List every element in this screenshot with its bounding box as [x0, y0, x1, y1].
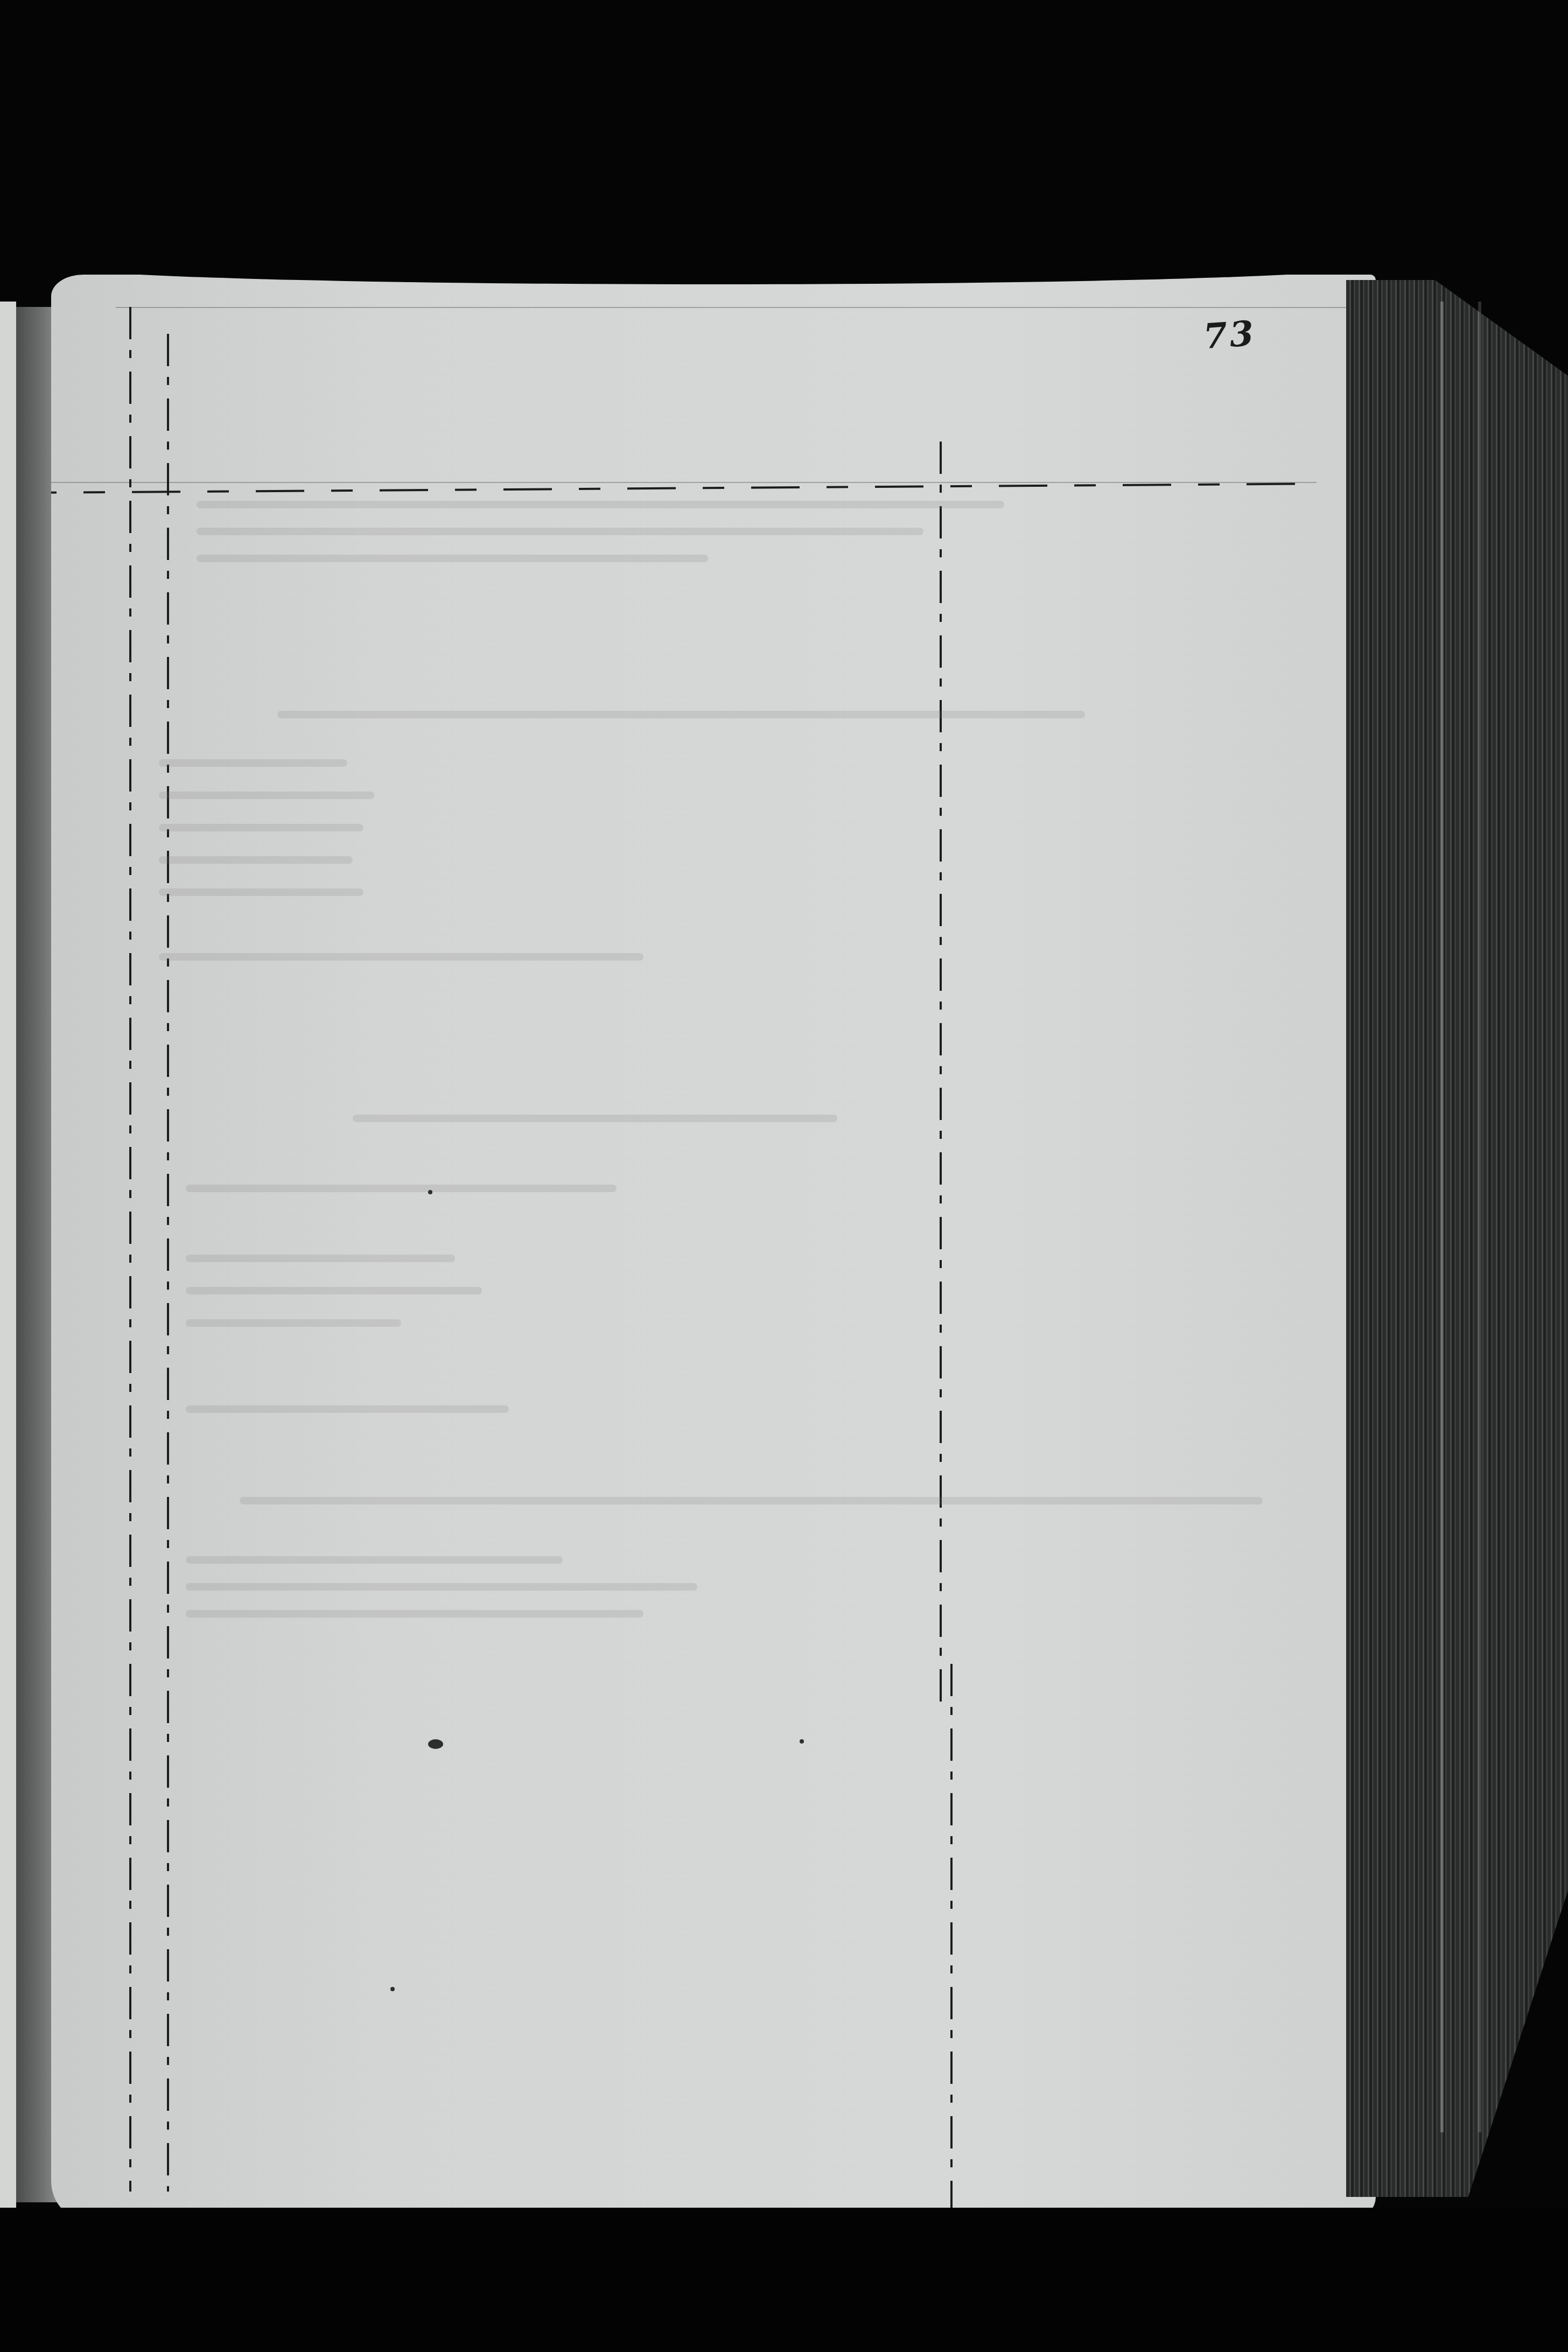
- faint-top-guide: [116, 307, 1354, 308]
- bleed-through-line: [186, 1556, 563, 1564]
- bleed-through-line: [186, 1255, 455, 1262]
- bleed-through-line: [159, 824, 363, 831]
- fore-edge-highlight: [1478, 302, 1481, 2132]
- page-top-curve: [51, 275, 1376, 284]
- margin-rule-inner: [167, 334, 169, 2192]
- book-fore-edge: [1346, 280, 1568, 2197]
- bottom-shadow: [0, 2208, 1568, 2352]
- column-rule-upper: [940, 442, 942, 1707]
- facing-page-edge: [0, 302, 16, 2208]
- bleed-through-line: [186, 1583, 697, 1591]
- faint-header-guide: [51, 482, 1317, 483]
- ink-speck: [800, 1739, 804, 1744]
- page-number: 73: [1202, 313, 1257, 358]
- bleed-through-line: [197, 555, 708, 562]
- photo-scene: 73: [0, 0, 1568, 2352]
- bleed-through-line: [277, 711, 1085, 718]
- bleed-through-line: [186, 1185, 617, 1192]
- header-rule: [51, 483, 1300, 494]
- ink-speck: [428, 1739, 443, 1749]
- margin-rule-outer: [129, 307, 131, 2192]
- bleed-through-line: [240, 1497, 1263, 1504]
- bleed-through-line: [159, 856, 353, 864]
- bleed-through-line: [159, 888, 363, 896]
- ink-speck: [390, 1987, 395, 1991]
- column-rule-lower: [950, 1664, 953, 2213]
- bleed-through-line: [159, 792, 374, 799]
- bleed-through-line: [159, 953, 643, 961]
- bleed-through-line: [197, 501, 1004, 508]
- bleed-through-line: [353, 1115, 837, 1122]
- ink-speck: [428, 1190, 432, 1194]
- bleed-through-line: [186, 1287, 482, 1294]
- fore-edge-highlight: [1440, 302, 1444, 2132]
- bleed-through-line: [186, 1405, 509, 1413]
- bleed-through-line: [197, 528, 923, 535]
- bleed-through-line: [159, 759, 347, 767]
- ledger-page: [51, 275, 1376, 2218]
- bleed-through-line: [186, 1610, 643, 1618]
- bleed-through-line: [186, 1319, 401, 1327]
